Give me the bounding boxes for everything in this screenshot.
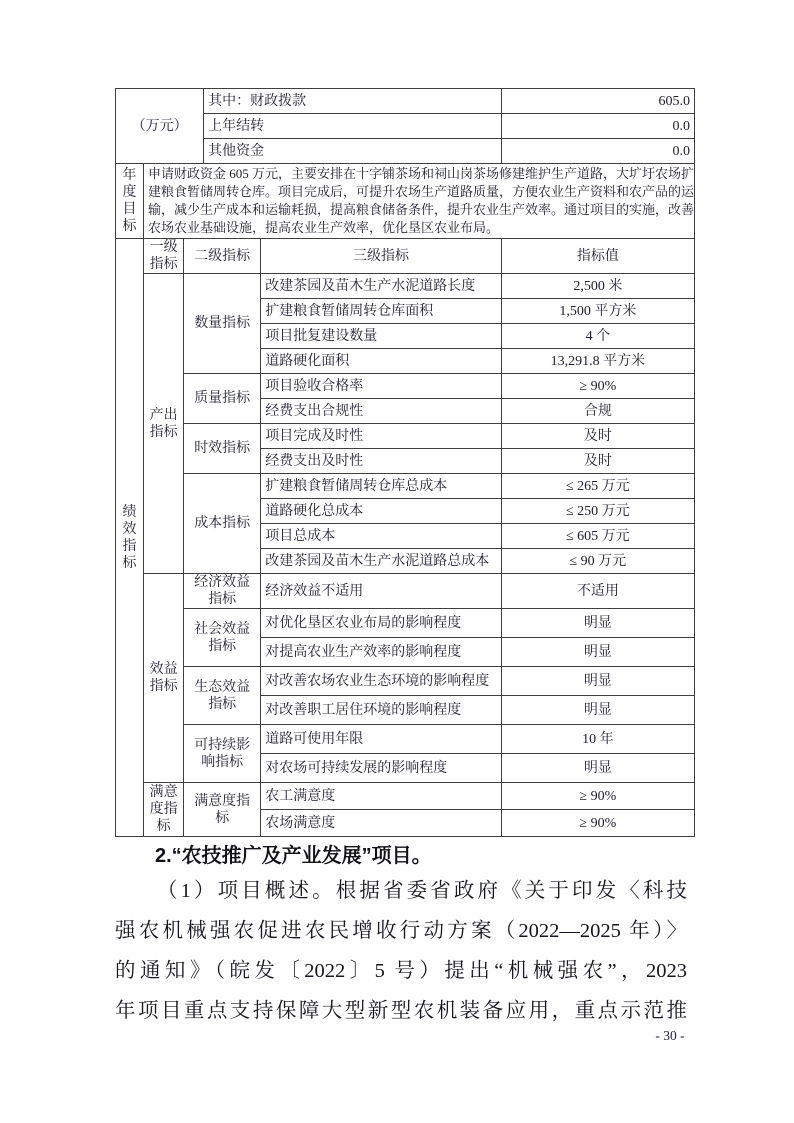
indicator-cell: 项目批复建设数量 [261,324,501,349]
value-cell: ≤ 250 万元 [501,499,694,524]
level1-cell: 产出指标 [144,274,184,574]
level2-cell: 质量指标 [184,374,261,424]
annual-goal-text-cell: 申请财政资金 605 万元，主要安排在十字铺茶场和祠山岗茶场修建维护生产道路，大… [144,164,695,239]
indicator-cell: 经费支出及时性 [261,449,501,474]
table-row: 成本指标 扩建粮食暂储周转仓库总成本 ≤ 265 万元 [116,474,695,499]
indicator-cell: 农工满意度 [261,783,501,810]
level2-cell: 数量指标 [184,274,261,374]
funding-label-cell: 上年结转 [204,114,501,139]
indicator-cell: 道路硬化面积 [261,349,501,374]
table-row: 满意度指标 满意度指标 农工满意度 ≥ 90% [116,783,695,810]
paragraph-line: 强农机械强农促进农民增收行动方案（2022—2025 年）〉 [115,911,687,951]
indicator-cell: 经济效益不适用 [261,574,501,609]
annual-goal-line: 申请财政资金 605 万元，主要安排在十字铺茶场和祠山岗茶场修建维护生产道路，大… [148,165,690,183]
value-cell: 明显 [501,754,694,783]
indicator-cell: 对改善农场农业生态环境的影响程度 [261,667,501,696]
level2-cell: 成本指标 [184,474,261,574]
value-cell: ≤ 265 万元 [501,474,694,499]
value-cell: 明显 [501,667,694,696]
project-performance-table: （万元） 其中：财政拨款 605.0 上年结转 0.0 其他资金 0.0 年度目… [115,88,695,837]
header-level2: 二级指标 [184,239,261,274]
value-cell: ≤ 90 万元 [501,549,694,574]
indicator-cell: 对优化垦区农业布局的影响程度 [261,609,501,638]
table-row: （万元） 其中：财政拨款 605.0 [116,89,695,114]
indicator-cell: 对农场可持续发展的影响程度 [261,754,501,783]
value-cell: ≥ 90% [501,374,694,399]
funding-value-cell: 0.0 [501,114,694,139]
value-cell: 明显 [501,696,694,725]
paragraph-line: （1）项目概述。根据省委省政府《关于印发〈科技 [115,871,687,911]
table-row: 产出指标 数量指标 改建茶园及苗木生产水泥道路长度 2,500 米 [116,274,695,299]
table-row: 绩效指标 一级指标 二级指标 三级指标 指标值 [116,239,695,274]
page-number: - 30 - [630,1028,710,1044]
value-cell: 10 年 [501,725,694,754]
header-level1: 一级指标 [144,239,184,274]
funding-value-cell: 605.0 [501,89,694,114]
indicator-cell: 道路可使用年限 [261,725,501,754]
level2-cell: 时效指标 [184,424,261,474]
level2-cell: 经济效益指标 [184,574,261,609]
table-row: 生态效益指标 对改善农场农业生态环境的影响程度 明显 [116,667,695,696]
level2-cell: 满意度指标 [184,783,261,837]
header-level3: 三级指标 [261,239,501,274]
indicator-cell: 扩建粮食暂储周转仓库面积 [261,299,501,324]
indicator-cell: 项目完成及时性 [261,424,501,449]
value-cell: 4 个 [501,324,694,349]
annual-goal-line: 农场农业基础设施，提高农业生产效率，优化垦区农业布局。 [148,219,690,237]
funding-unit-cell: （万元） [116,89,204,164]
table-row: 年度目标 申请财政资金 605 万元，主要安排在十字铺茶场和祠山岗茶场修建维护生… [116,164,695,239]
value-cell: 明显 [501,609,694,638]
table-row: 可持续影响指标 道路可使用年限 10 年 [116,725,695,754]
level2-cell: 可持续影响指标 [184,725,261,783]
annual-goal-line: 建粮食暂储周转仓库。项目完成后，可提升农场生产道路质量，方便农业生产资料和农产品… [148,183,690,201]
value-cell: 13,291.8 平方米 [501,349,694,374]
paragraph-line: 年项目重点支持保障大型新型农机装备应用，重点示范推 [115,991,687,1031]
header-value: 指标值 [501,239,694,274]
level1-cell: 效益指标 [144,574,184,783]
value-cell: 及时 [501,449,694,474]
annual-goal-line: 输，减少生产成本和运输耗损，提高粮食储备条件，提升农业生产效率。通过项目的实施，… [148,201,690,219]
table-row: 质量指标 项目验收合格率 ≥ 90% [116,374,695,399]
paragraph-line: 的通知》（皖发〔2022〕5 号）提出“机械强农”，2023 [115,951,687,991]
indicator-cell: 改建茶园及苗木生产水泥道路总成本 [261,549,501,574]
table-row: 效益指标 经济效益指标 经济效益不适用 不适用 [116,574,695,609]
indicator-cell: 对提高农业生产效率的影响程度 [261,638,501,667]
document-page: （万元） 其中：财政拨款 605.0 上年结转 0.0 其他资金 0.0 年度目… [0,0,794,1123]
funding-label-cell: 其中：财政拨款 [204,89,501,114]
level1-cell: 满意度指标 [144,783,184,837]
value-cell: 明显 [501,638,694,667]
section-heading: 2.“农技推广及产业发展”项目。 [115,841,687,871]
indicator-cell: 经费支出合规性 [261,399,501,424]
value-cell: 及时 [501,424,694,449]
indicator-cell: 农场满意度 [261,810,501,837]
table-row: 时效指标 项目完成及时性 及时 [116,424,695,449]
level2-cell: 生态效益指标 [184,667,261,725]
funding-label-cell: 其他资金 [204,139,501,164]
value-cell: ≥ 90% [501,783,694,810]
indicator-cell: 道路硬化总成本 [261,499,501,524]
indicator-cell: 项目总成本 [261,524,501,549]
value-cell: 1,500 平方米 [501,299,694,324]
indicator-cell: 项目验收合格率 [261,374,501,399]
funding-value-cell: 0.0 [501,139,694,164]
value-cell: 合规 [501,399,694,424]
indicator-cell: 对改善职工居住环境的影响程度 [261,696,501,725]
body-text-block: 2.“农技推广及产业发展”项目。 （1）项目概述。根据省委省政府《关于印发〈科技… [115,841,687,1031]
indicator-cell: 扩建粮食暂储周转仓库总成本 [261,474,501,499]
value-cell: ≤ 605 万元 [501,524,694,549]
performance-row-label: 绩效指标 [116,239,144,837]
indicator-cell: 改建茶园及苗木生产水泥道路长度 [261,274,501,299]
value-cell: 不适用 [501,574,694,609]
value-cell: 2,500 米 [501,274,694,299]
level2-cell: 社会效益指标 [184,609,261,667]
value-cell: ≥ 90% [501,810,694,837]
table-row: 社会效益指标 对优化垦区农业布局的影响程度 明显 [116,609,695,638]
annual-goal-row-label: 年度目标 [116,164,144,239]
